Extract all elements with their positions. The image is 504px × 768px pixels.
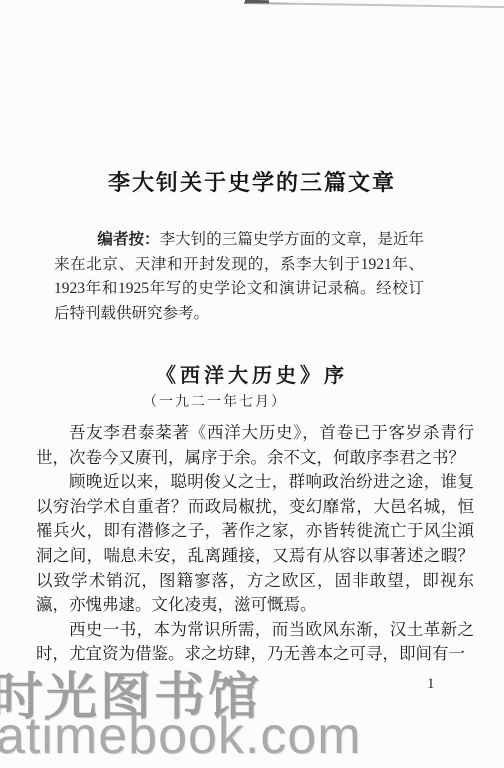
page-title: 李大钊关于史学的三篇文章 (0, 166, 504, 197)
section-title: 《西洋大历史》序 (0, 359, 504, 388)
article-body: 吾友李君泰棻著《西洋大历史》，首卷已于客岁杀青行世，次卷今又赓刊，属序于余。余不… (36, 421, 474, 667)
body-paragraph: 吾友李君泰棻著《西洋大历史》，首卷已于客岁杀青行世，次卷今又赓刊，属序于余。余不… (36, 421, 474, 470)
page-number: 1 (427, 676, 435, 693)
scan-artifact-line (244, 2, 504, 8)
section-date: （一九二一年七月） (0, 391, 467, 411)
editor-note-label: 编者按： (97, 231, 159, 248)
body-paragraph: 顾晚近以来，聪明俊乂之士，群响政治纷进之途，谁复以穷治学术自重者？而政局椒扰，变… (36, 470, 474, 618)
scan-artifact-mark (245, 0, 269, 3)
editor-note: 编者按：李大钊的三篇史学方面的文章，是近年来在北京、天津和开封发现的，系李大钊于… (54, 228, 424, 326)
watermark-site-url: atimebook.com (0, 706, 362, 766)
book-page: 李大钊关于史学的三篇文章 编者按：李大钊的三篇史学方面的文章，是近年来在北京、天… (0, 0, 504, 768)
